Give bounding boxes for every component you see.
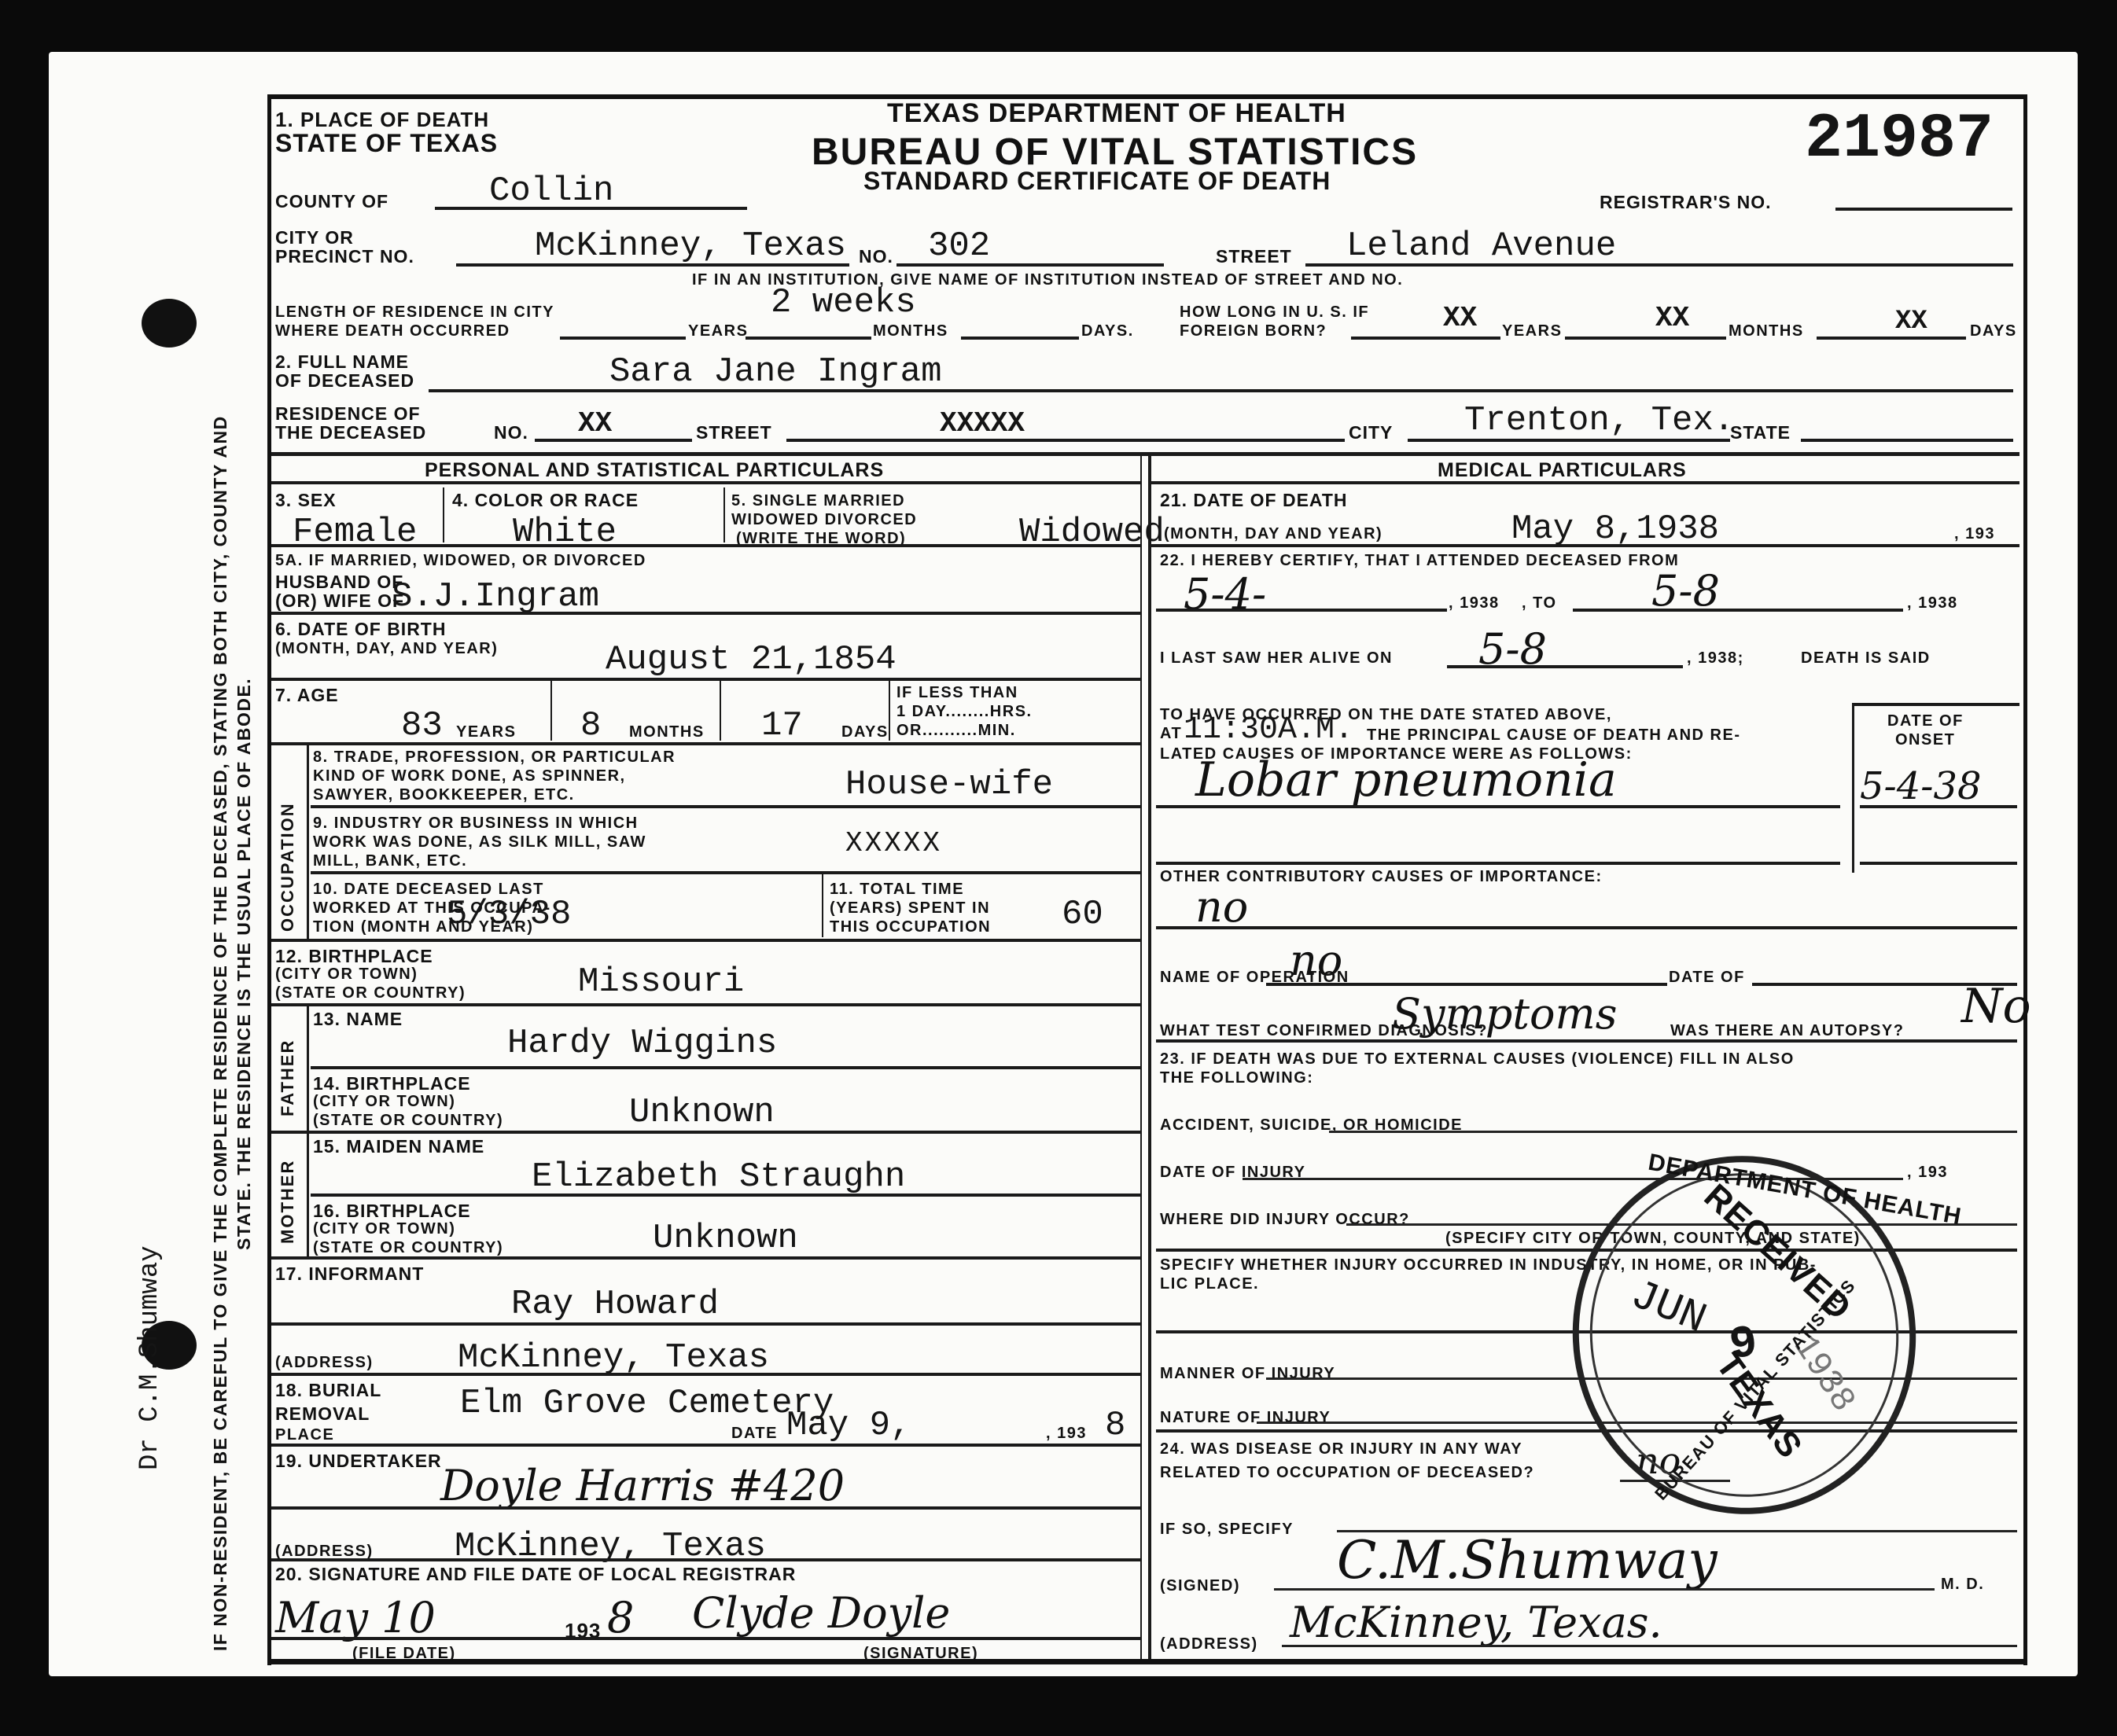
registrar-year-digit[interactable]: 8 — [607, 1596, 634, 1640]
county-label: COUNTY OF — [275, 192, 388, 211]
registrar-label: 20. SIGNATURE AND FILE DATE OF LOCAL REG… — [275, 1565, 796, 1583]
age-months-value[interactable]: 8 — [580, 708, 601, 744]
rule — [271, 1558, 1140, 1561]
physician-address[interactable]: McKinney, Texas. — [1290, 1601, 1662, 1645]
removal-label: REMOVAL — [275, 1404, 370, 1423]
rule — [1151, 481, 2019, 484]
onset-value[interactable]: 5-4-38 — [1860, 764, 1982, 808]
street-no-label: NO. — [859, 247, 893, 266]
us-months-value[interactable]: XX — [1655, 300, 1689, 337]
age-months-label: MONTHS — [629, 723, 705, 741]
spouse-label-2: HUSBAND OF — [275, 572, 403, 591]
rule — [1156, 805, 1840, 808]
rule — [1156, 926, 2017, 929]
attended-from-year: , 1938 — [1449, 594, 1500, 612]
dod-value[interactable]: May 8,1938 — [1511, 511, 1719, 547]
marital-label-2: WIDOWED DIVORCED — [731, 511, 917, 528]
rule — [1156, 862, 1840, 865]
registrar-signature[interactable]: Clyde Doyle — [692, 1591, 950, 1635]
onset-divider — [1852, 703, 1854, 873]
mother-name-value[interactable]: Elizabeth Straughn — [532, 1159, 905, 1195]
father-birthplace-label: 14. BIRTHPLACE — [313, 1074, 471, 1093]
section-divider — [271, 452, 2019, 456]
punch-hole — [142, 299, 197, 348]
burial-year-prefix: , 193 — [1046, 1425, 1087, 1442]
certificate-title: STANDARD CERTIFICATE OF DEATH — [863, 171, 1331, 190]
res-no-label: NO. — [494, 423, 528, 442]
trade-label-2: KIND OF WORK DONE, AS SPINNER, — [313, 767, 626, 785]
onset-label: DATE OF — [1887, 712, 1964, 730]
md-label: M. D. — [1941, 1576, 1984, 1593]
rule — [271, 1131, 1140, 1134]
dod-label: 21. DATE OF DEATH — [1160, 491, 1348, 509]
if-so-label: IF SO, SPECIFY — [1160, 1521, 1294, 1538]
mother-birthplace-value[interactable]: Unknown — [653, 1220, 798, 1256]
us-days-value[interactable]: XX — [1895, 303, 1927, 340]
total-time-value[interactable]: 60 — [1062, 896, 1103, 932]
rule — [1835, 208, 2012, 211]
burial-year-digit[interactable]: 8 — [1105, 1407, 1125, 1444]
informant-name-value[interactable]: Ray Howard — [511, 1286, 719, 1322]
autopsy-value[interactable]: No — [1961, 984, 2031, 1028]
dob-label: 6. DATE OF BIRTH — [275, 620, 446, 638]
test-value[interactable]: Symptoms — [1392, 992, 1617, 1036]
full-name-value[interactable]: Sara Jane Ingram — [609, 354, 941, 390]
age-years-label: YEARS — [456, 723, 516, 741]
rule — [1151, 544, 2019, 547]
mother-birthplace-label-2: (CITY OR TOWN) — [313, 1220, 455, 1238]
trade-value[interactable]: House-wife — [845, 767, 1053, 803]
rule — [1860, 862, 2017, 865]
birthplace-value[interactable]: Missouri — [578, 964, 744, 1000]
residence-label-2: THE DECEASED — [275, 423, 426, 442]
total-time-label-2: (YEARS) SPENT IN — [830, 899, 990, 917]
cell-divider — [822, 874, 823, 937]
cell-divider — [443, 487, 444, 542]
res-city-value[interactable]: Trenton, Tex. — [1464, 403, 1734, 439]
rule — [1854, 703, 2019, 706]
rule — [1351, 337, 1500, 340]
undertaker-label: 19. UNDERTAKER — [275, 1451, 442, 1470]
industry-value[interactable]: XXXXX — [845, 826, 942, 862]
spouse-label-3: (OR) WIFE OF — [275, 591, 404, 610]
rule — [897, 263, 1164, 267]
operation-date-label: DATE OF — [1669, 969, 1745, 986]
rule — [1282, 1645, 2017, 1647]
rule — [1305, 263, 2013, 267]
spouse-label: 5A. IF MARRIED, WIDOWED, OR DIVORCED — [275, 552, 646, 569]
res-state-label: STATE — [1730, 423, 1791, 442]
undertaker-address-label: (ADDRESS) — [275, 1543, 374, 1560]
rule — [271, 1637, 1140, 1640]
rule — [1447, 665, 1683, 668]
rule — [435, 207, 747, 210]
age-years-value[interactable]: 83 — [401, 708, 443, 744]
months-label: MONTHS — [873, 322, 948, 340]
birthplace-label-2: (CITY OR TOWN) — [275, 965, 418, 983]
onset-label-2: ONSET — [1895, 731, 1955, 748]
age-label: 7. AGE — [275, 686, 339, 704]
medical-section-title: MEDICAL PARTICULARS — [1438, 461, 1687, 480]
occurred-label-2: THE PRINCIPAL CAUSE OF DEATH AND RE- — [1367, 726, 1741, 744]
last-worked-value[interactable]: 5/3/38 — [447, 896, 571, 932]
age-days-value[interactable]: 17 — [761, 708, 803, 744]
us-days-label: DAYS — [1970, 322, 2017, 340]
occurred-at-label: AT — [1160, 725, 1182, 742]
column-divider — [1148, 456, 1151, 1659]
rule — [1156, 1039, 2017, 1043]
mother-side-label: MOTHER — [278, 1160, 297, 1244]
less-than-min: OR..........MIN. — [897, 722, 1016, 739]
personal-section-title: PERSONAL AND STATISTICAL PARTICULARS — [425, 461, 884, 480]
less-than-label: IF LESS THAN — [897, 684, 1018, 701]
res-street-value[interactable]: XXXXX — [940, 406, 1025, 442]
rule — [271, 1322, 1140, 1326]
burial-date-value[interactable]: May 9, — [786, 1407, 911, 1444]
marital-label: 5. SINGLE MARRIED — [731, 492, 905, 509]
rule — [271, 1444, 1140, 1447]
signature-label: (SIGNATURE) — [863, 1645, 978, 1662]
father-birthplace-label-2: (CITY OR TOWN) — [313, 1093, 455, 1110]
occupation-side-divider — [307, 744, 309, 940]
registrars-no-label: REGISTRAR'S NO. — [1600, 193, 1772, 211]
precinct-label: PRECINCT NO. — [275, 247, 414, 266]
burial-date-label: DATE — [731, 1425, 778, 1442]
rule — [311, 1193, 1140, 1197]
external-label-2: THE FOLLOWING: — [1160, 1069, 1313, 1087]
rule — [786, 439, 1345, 442]
rule — [271, 612, 1140, 615]
days-label: DAYS. — [1081, 322, 1134, 340]
us-years-label: YEARS — [1502, 322, 1562, 340]
father-birthplace-value[interactable]: Unknown — [629, 1094, 775, 1131]
death-said-label: DEATH IS SAID — [1801, 649, 1931, 667]
certify-label: 22. I HEREBY CERTIFY, THAT I ATTENDED DE… — [1160, 552, 1679, 569]
residence-label: RESIDENCE OF — [275, 404, 421, 423]
industry-label-2: WORK WAS DONE, AS SILK MILL, SAW — [313, 833, 646, 851]
county-value[interactable]: Collin — [489, 173, 613, 209]
rule — [1573, 609, 1903, 612]
rule — [271, 742, 1140, 745]
rule — [746, 337, 871, 340]
attended-to-year: , 1938 — [1907, 594, 1958, 612]
father-name-value[interactable]: Hardy Wiggins — [507, 1025, 777, 1061]
sex-label: 3. SEX — [275, 491, 337, 509]
undertaker-signature[interactable]: Doyle Harris #420 — [440, 1464, 845, 1508]
mother-side-divider — [307, 1132, 309, 1258]
rule — [961, 337, 1079, 340]
cell-divider — [720, 681, 721, 741]
occupation-related-label-2: RELATED TO OCCUPATION OF DECEASED? — [1160, 1464, 1534, 1481]
rule — [1817, 337, 1966, 340]
contributory-value[interactable]: no — [1195, 885, 1248, 929]
street-label: STREET — [1216, 247, 1292, 266]
total-time-label: 11. TOTAL TIME — [830, 881, 964, 898]
rule — [1274, 1588, 1935, 1591]
occupation-related-label: 24. WAS DISEASE OR INJURY IN ANY WAY — [1160, 1440, 1522, 1458]
last-saw-label: I LAST SAW HER ALIVE ON — [1160, 649, 1393, 667]
last-saw-year: , 1938; — [1687, 649, 1744, 667]
residence-length-value[interactable]: 2 weeks — [771, 285, 916, 321]
signed-label: (SIGNED) — [1160, 1577, 1240, 1594]
dod-year-suffix: , 193 — [1954, 525, 1995, 542]
cell-divider — [550, 681, 552, 741]
burial-place-value[interactable]: Elm Grove Cemetery — [460, 1385, 834, 1422]
race-label: 4. COLOR OR RACE — [452, 491, 639, 509]
rule — [1408, 439, 1730, 442]
less-than-hrs: 1 DAY........HRS. — [897, 703, 1033, 720]
informant-address-value[interactable]: McKinney, Texas — [458, 1340, 769, 1376]
us-label: HOW LONG IN U. S. IF — [1180, 303, 1369, 321]
full-name-label-2: OF DECEASED — [275, 371, 414, 390]
rule — [1156, 609, 1447, 612]
burial-label: 18. BURIAL — [275, 1381, 381, 1399]
dod-label-2: (MONTH, DAY AND YEAR) — [1164, 525, 1382, 542]
street-no-value[interactable]: 302 — [928, 228, 990, 264]
rule — [311, 805, 1140, 808]
father-birthplace-label-3: (STATE OR COUNTRY) — [313, 1112, 503, 1129]
time-value[interactable]: 11:30A.M. — [1184, 712, 1353, 748]
industry-label: 9. INDUSTRY OR BUSINESS IN WHICH — [313, 815, 639, 832]
rule — [429, 389, 2013, 392]
trade-label-3: SAWYER, BOOKKEEPER, ETC. — [313, 786, 575, 804]
birthplace-label: 12. BIRTHPLACE — [275, 947, 433, 965]
rule — [271, 678, 1140, 681]
frame-bottom — [267, 1659, 2023, 1664]
injury-place-label-2: LIC PLACE. — [1160, 1275, 1259, 1293]
margin-instruction: IF NON-RESIDENT, BE CAREFUL TO GIVE THE … — [211, 415, 230, 1651]
res-no-value[interactable]: XX — [578, 406, 612, 442]
operation-value[interactable]: no — [1290, 939, 1342, 983]
father-name-label: 13. NAME — [313, 1010, 403, 1028]
informant-address-label: (ADDRESS) — [275, 1354, 374, 1371]
rule — [271, 544, 1140, 547]
rule — [1801, 439, 2013, 442]
mother-name-label: 15. MAIDEN NAME — [313, 1137, 484, 1156]
industry-label-3: MILL, BANK, ETC. — [313, 852, 467, 870]
dob-value[interactable]: August 21,1854 — [606, 642, 897, 678]
rule — [1860, 805, 2017, 808]
father-side-label: FATHER — [278, 1039, 297, 1116]
rule — [1329, 1131, 2017, 1133]
burial-place-label: PLACE — [275, 1426, 334, 1444]
residence-length-label-2: WHERE DEATH OCCURRED — [275, 322, 510, 340]
res-street-label: STREET — [696, 423, 772, 442]
registrar-file-date[interactable]: May 10 — [275, 1596, 436, 1640]
father-side-divider — [307, 1005, 309, 1132]
city-value[interactable]: McKinney, Texas — [535, 228, 846, 264]
autopsy-label-visible: WAS THERE AN AUTOPSY? — [1670, 1022, 1904, 1039]
rule — [1565, 337, 1726, 340]
rule — [560, 337, 686, 340]
external-label: 23. IF DEATH WAS DUE TO EXTERNAL CAUSES … — [1160, 1050, 1795, 1068]
years-label: YEARS — [688, 322, 748, 340]
informant-label: 17. INFORMANT — [275, 1264, 424, 1283]
cell-divider — [889, 681, 890, 741]
place-of-death-label: 1. PLACE OF DEATH — [275, 110, 489, 129]
street-value[interactable]: Leland Avenue — [1346, 228, 1616, 264]
trade-label: 8. TRADE, PROFESSION, OR PARTICULAR — [313, 748, 676, 766]
rule — [271, 1373, 1140, 1376]
column-divider-2 — [1140, 456, 1142, 1659]
rule — [1266, 983, 1667, 986]
rule — [311, 1066, 1140, 1069]
birthplace-label-3: (STATE OR COUNTRY) — [275, 984, 466, 1002]
rule — [271, 1506, 1140, 1510]
us-months-label: MONTHS — [1729, 322, 1804, 340]
cause-value[interactable]: Lobar pneumonia — [1195, 758, 1617, 802]
margin-typed-note: Dr C.M.Shumway — [132, 1245, 168, 1470]
file-number: 21987 — [1805, 107, 1994, 173]
margin-instruction-2: STATE. THE RESIDENCE IS THE USUAL PLACE … — [234, 678, 253, 1250]
rule — [271, 939, 1140, 942]
occupation-side-label: OCCUPATION — [278, 802, 297, 932]
res-city-label: CITY — [1349, 423, 1393, 442]
total-time-label-3: THIS OCCUPATION — [830, 918, 991, 936]
attended-to-value[interactable]: 5-8 — [1651, 569, 1720, 613]
to-label: , TO — [1522, 594, 1557, 612]
age-days-label: DAYS — [841, 723, 889, 741]
us-label-2: FOREIGN BORN? — [1180, 322, 1327, 340]
physician-signature[interactable]: C.M.Shumway — [1337, 1533, 1718, 1588]
file-date-label: (FILE DATE) — [352, 1645, 456, 1662]
rule — [311, 871, 1140, 874]
city-label: CITY OR — [275, 228, 354, 247]
full-name-label: 2. FULL NAME — [275, 352, 409, 371]
mother-birthplace-label-3: (STATE OR COUNTRY) — [313, 1239, 503, 1256]
state-label: STATE OF TEXAS — [275, 134, 498, 153]
rule — [271, 1256, 1140, 1260]
dob-label-2: (MONTH, DAY, AND YEAR) — [275, 640, 498, 657]
rule — [271, 481, 1140, 484]
rule — [535, 439, 692, 442]
rule — [456, 263, 849, 267]
us-years-value[interactable]: XX — [1443, 300, 1477, 337]
residence-length-label: LENGTH OF RESIDENCE IN CITY — [275, 303, 554, 321]
dept-title: TEXAS DEPARTMENT OF HEALTH — [887, 104, 1346, 123]
mother-birthplace-label: 16. BIRTHPLACE — [313, 1201, 471, 1220]
rule — [271, 1003, 1140, 1006]
injury-date-suffix: , 193 — [1907, 1164, 1948, 1181]
physician-address-label: (ADDRESS) — [1160, 1635, 1258, 1653]
cell-divider — [723, 487, 725, 542]
spouse-value[interactable]: S.J.Ingram — [392, 579, 599, 615]
